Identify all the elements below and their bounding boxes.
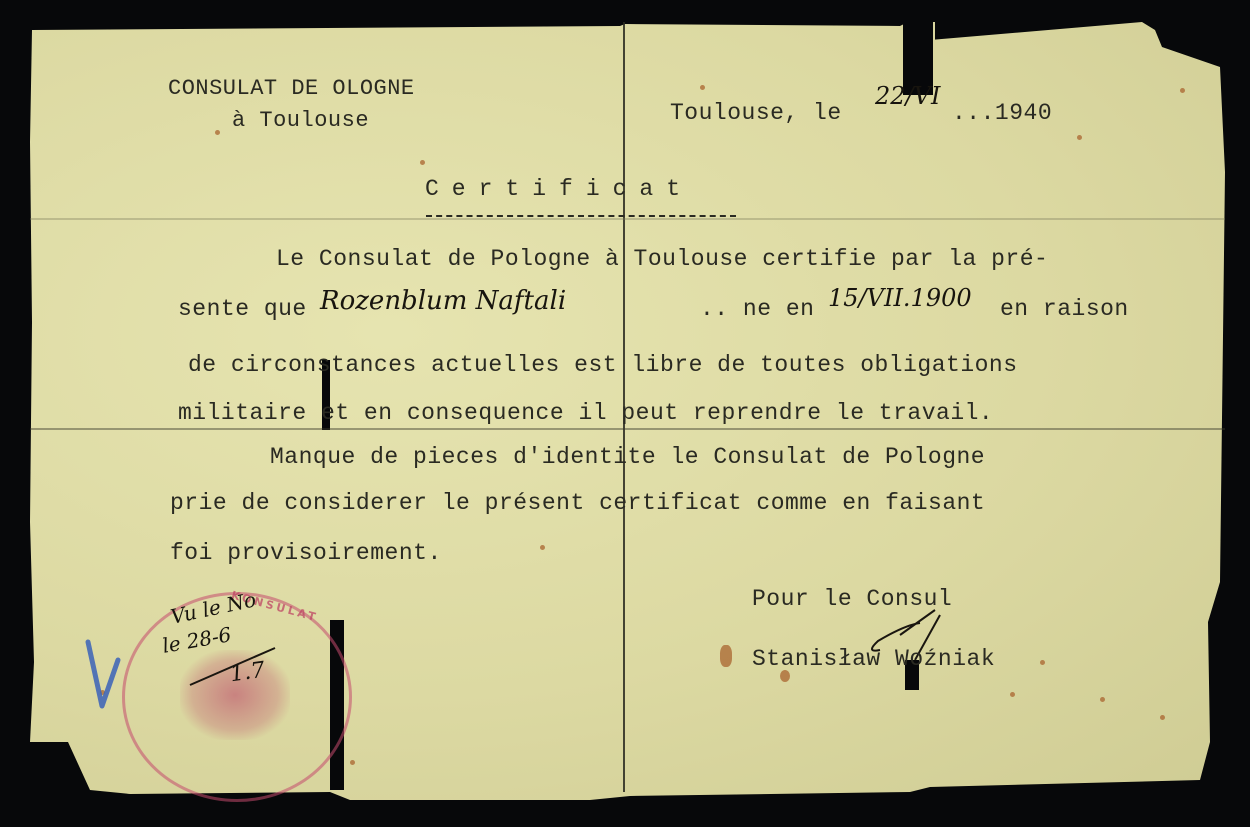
body-line-6: prie de considerer le présent certificat… bbox=[170, 490, 985, 516]
place-date-prefix: Toulouse, le bbox=[670, 100, 842, 126]
body-line-1: Le Consulat de Pologne à Toulouse certif… bbox=[276, 246, 1048, 272]
body-line-2-suffix: en raison bbox=[1000, 296, 1129, 322]
foxing-spot bbox=[420, 160, 425, 165]
title-underline bbox=[426, 215, 736, 217]
foxing-spot bbox=[350, 760, 355, 765]
date-year: ...1940 bbox=[952, 100, 1052, 126]
body-line-3: de circonstances actuelles est libre de … bbox=[188, 352, 1018, 378]
document-title: Certificat bbox=[425, 176, 693, 202]
fold-line-horizontal-1 bbox=[30, 218, 1225, 220]
body-line-2-prefix: sente que bbox=[178, 296, 307, 322]
foxing-spot bbox=[215, 130, 220, 135]
foxing-spot bbox=[700, 85, 705, 90]
foxing-spot bbox=[1077, 135, 1082, 140]
foxing-spot bbox=[540, 545, 545, 550]
foxing-spot bbox=[1160, 715, 1165, 720]
body-line-2-middle: .. ne en bbox=[700, 296, 814, 322]
fold-line-horizontal-2 bbox=[30, 428, 1225, 430]
foxing-spot bbox=[1010, 692, 1015, 697]
handwritten-date: 22/VI bbox=[875, 82, 940, 110]
handwritten-name: Rozenblum Naftali bbox=[320, 286, 566, 316]
stamp-annotation-strike bbox=[185, 640, 285, 690]
signatory-name: Stanisław Woźniak bbox=[752, 646, 995, 672]
body-line-7: foi provisoirement. bbox=[170, 540, 442, 566]
foxing-spot bbox=[720, 645, 732, 667]
issuer-city: à Toulouse bbox=[232, 108, 369, 133]
issuer-name: CONSULAT DE OLOGNE bbox=[168, 76, 415, 101]
handwritten-birthdate: 15/VII.1900 bbox=[828, 284, 972, 312]
body-line-4: militaire et en consequence il peut repr… bbox=[178, 400, 993, 426]
foxing-spot bbox=[1040, 660, 1045, 665]
blue-checkmark-icon bbox=[82, 638, 122, 713]
foxing-spot bbox=[1100, 697, 1105, 702]
body-line-5: Manque de pieces d'identite le Consulat … bbox=[270, 444, 985, 470]
foxing-spot bbox=[1180, 88, 1185, 93]
